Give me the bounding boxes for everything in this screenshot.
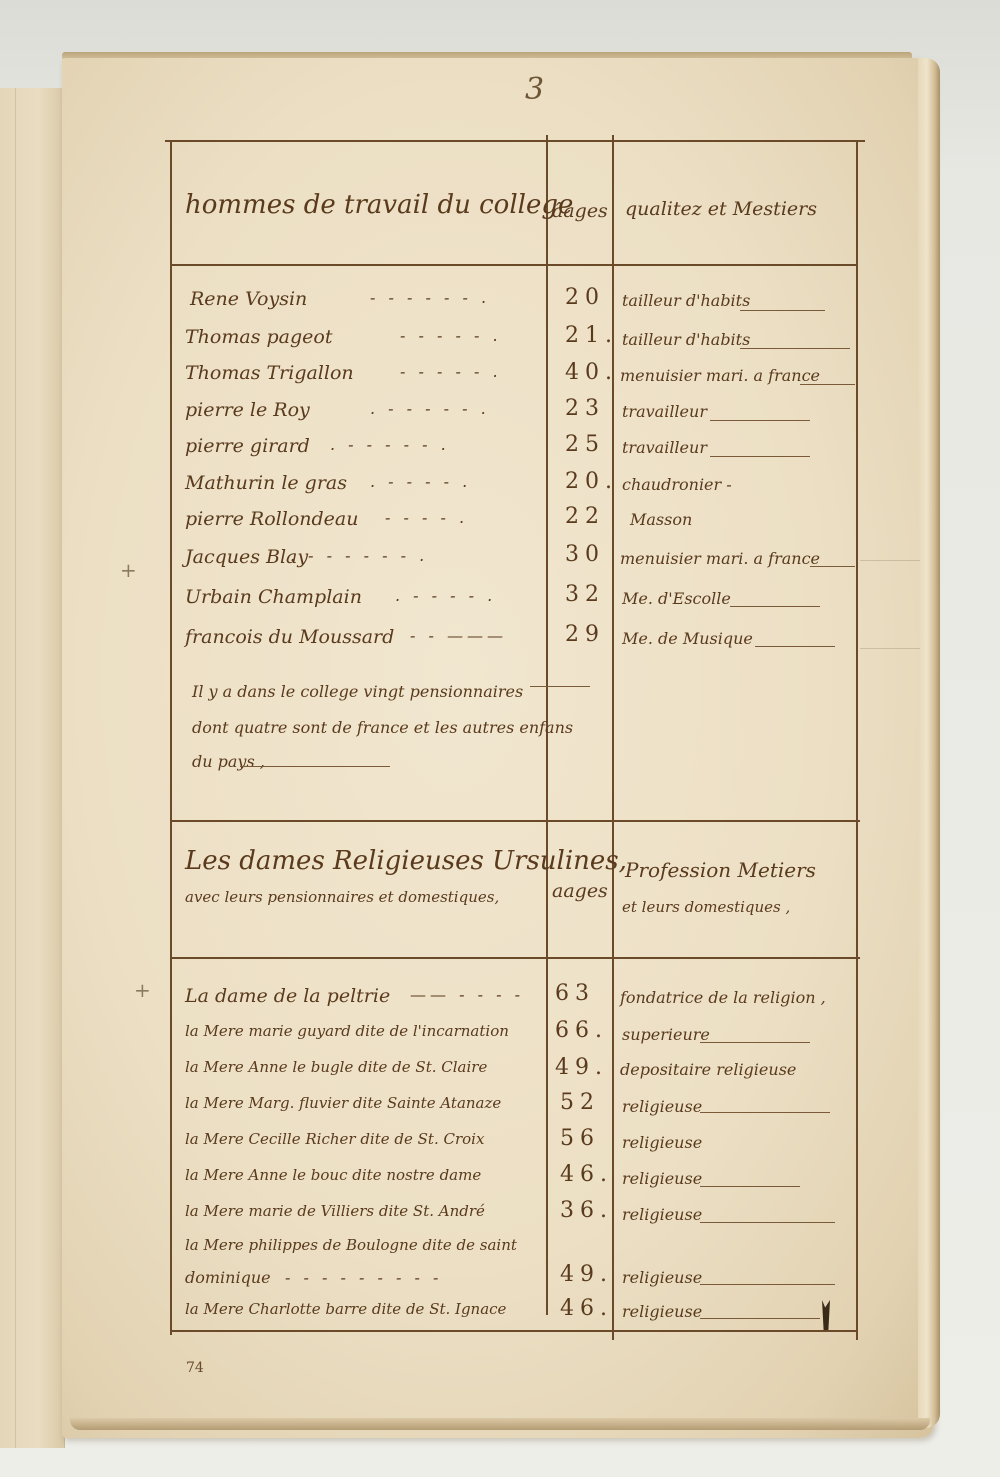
leader-dots: —— - - - - [410,985,524,1004]
person-occupation: depositaire religieuse [620,1060,796,1079]
person-age: 30 [565,542,605,567]
leader-dots: . - - - - . [395,586,496,605]
occupation-trail-line [810,566,855,567]
note-line: Il y a dans le college vingt pensionnair… [192,682,523,701]
leader-dots: - - - - - . [400,362,502,381]
person-occupation: superieure [622,1025,710,1044]
person-occupation: religieuse [622,1133,702,1152]
person-name: la Mere philippes de Boulogne dite de sa… [185,1236,517,1254]
header1-bottom-rule [170,264,858,266]
person-name: pierre le Roy [185,399,310,421]
person-age: 40. [565,360,618,385]
occupation-trail-line [755,646,835,647]
leader-dots: - - - - . [385,508,468,527]
person-occupation: religieuse [622,1268,702,1287]
margin-cross-mark: + [120,558,137,582]
person-age: 29 [565,622,605,647]
person-name: la Mere Anne le bouc dite nostre dame [185,1166,481,1184]
person-name: pierre Rollondeau [185,508,358,530]
page-number: 3 [525,72,544,107]
person-occupation: fondatrice de la religion , [620,988,826,1007]
section2-occupation-header-line1: Profession Metiers [625,858,816,882]
section-divider-rule [170,820,860,822]
bleed-through-line [860,560,920,561]
person-name-continued: dominique [185,1268,271,1287]
person-name: pierre girard [185,435,310,457]
person-occupation: religieuse [622,1205,702,1224]
person-occupation: Me. d'Escolle [622,589,731,608]
section2-age-header: aages [552,880,608,902]
person-occupation: menuisier mari. a france [620,366,820,385]
section1-name-header: hommes de travail du college [185,190,573,220]
margin-number-mark: 74 [186,1360,204,1376]
person-occupation: Masson [630,510,692,529]
occupation-trail-line [730,606,820,607]
table-right-border [856,140,858,1340]
occupation-trail-line [700,1042,810,1043]
person-age: 46. [560,1162,613,1187]
occupation-trail-line [700,1186,800,1187]
person-age: 52 [560,1090,600,1115]
person-age: 20 [565,285,605,310]
person-name: Mathurin le gras [185,472,347,494]
person-occupation: Me. de Musique [622,629,753,648]
person-name: la Mere marie de Villiers dite St. André [185,1202,485,1220]
person-age: 25 [565,432,605,457]
section1-age-header: âages [552,200,608,222]
age-col-right-border [612,135,614,1340]
note-line: dont quatre sont de france et les autres… [192,718,573,737]
table-left-border [170,140,172,1335]
person-occupation: religieuse [622,1302,702,1321]
leader-dots: . - - - - . [370,472,471,491]
section2-name-header-line1: Les dames Religieuses Ursulines, [185,846,627,876]
leader-dots: - - ——— [410,626,507,645]
person-occupation: tailleur d'habits [622,291,750,310]
leader-dots: . - - - - - . [330,435,450,454]
facing-page-edge [0,88,65,1448]
occupation-trail-line [740,310,825,311]
leader-dots: . - - - - - - . [290,546,428,565]
facing-page-fold [15,88,16,1448]
leader-dots: - - - - - - . [370,288,490,307]
occupation-trail-line [700,1222,835,1223]
section2-name-header-line2: avec leurs pensionnaires et domestiques, [185,888,499,906]
bleed-through-line [860,648,920,649]
person-occupation: religieuse [622,1169,702,1188]
leader-dots: - - - - - . [400,326,502,345]
note-rule [240,766,390,767]
occupation-trail-line [710,456,810,457]
person-name: Thomas pageot [185,326,332,348]
person-age: 36. [560,1198,613,1223]
person-name: Urbain Champlain [185,586,362,608]
person-name: la Mere Anne le bugle dite de St. Claire [185,1058,487,1076]
person-age: 22 [565,504,605,529]
person-name: La dame de la peltrie [185,985,390,1007]
occupation-trail-line [740,348,850,349]
person-occupation: travailleur [622,402,707,421]
person-occupation: religieuse [622,1097,702,1116]
person-age: 56 [560,1126,600,1151]
person-occupation: tailleur d'habits [622,330,750,349]
header2-bottom-rule [170,957,860,959]
table-bottom-rule [170,1330,858,1332]
occupation-trail-line [800,384,855,385]
person-occupation: menuisier mari. a france [620,549,820,568]
leader-dots: - - - - - - - - - [285,1268,442,1287]
person-name: la Mere Cecille Richer dite de St. Croix [185,1130,484,1148]
person-age: 20. [565,469,618,494]
person-occupation: chaudronier - [622,475,732,494]
occupation-trail-line [700,1112,830,1113]
page-right-edge [918,58,940,1428]
margin-cross-mark: + [134,978,151,1002]
page-bottom-edge [70,1418,930,1430]
occupation-trail-line [710,420,810,421]
occupation-trail-line [700,1318,820,1319]
person-age: 21. [565,323,618,348]
person-name: Rene Voysin [190,288,307,310]
person-name: la Mere Charlotte barre dite de St. Igna… [185,1300,506,1318]
note-line: du pays , [192,752,265,771]
person-name: la Mere Marg. fluvier dite Sainte Atanaz… [185,1094,501,1112]
table-top-rule [165,140,865,142]
person-age: 63 [555,981,595,1006]
person-age: 46. [560,1296,613,1321]
occupation-trail-line [700,1284,835,1285]
section1-occupation-header: qualitez et Mestiers [625,198,817,220]
person-age: 49. [555,1055,608,1080]
person-name: Thomas Trigallon [185,362,354,384]
person-age: 49. [560,1262,613,1287]
person-age: 66. [555,1018,608,1043]
person-name: la Mere marie guyard dite de l'incarnati… [185,1022,509,1040]
leader-dots: . - - - - - . [370,399,490,418]
person-name: francois du Moussard [185,626,394,648]
section2-occupation-header-line2: et leurs domestiques , [622,898,790,916]
person-occupation: travailleur [622,438,707,457]
note-rule [530,686,590,687]
person-age: 32 [565,582,605,607]
person-age: 23 [565,396,605,421]
